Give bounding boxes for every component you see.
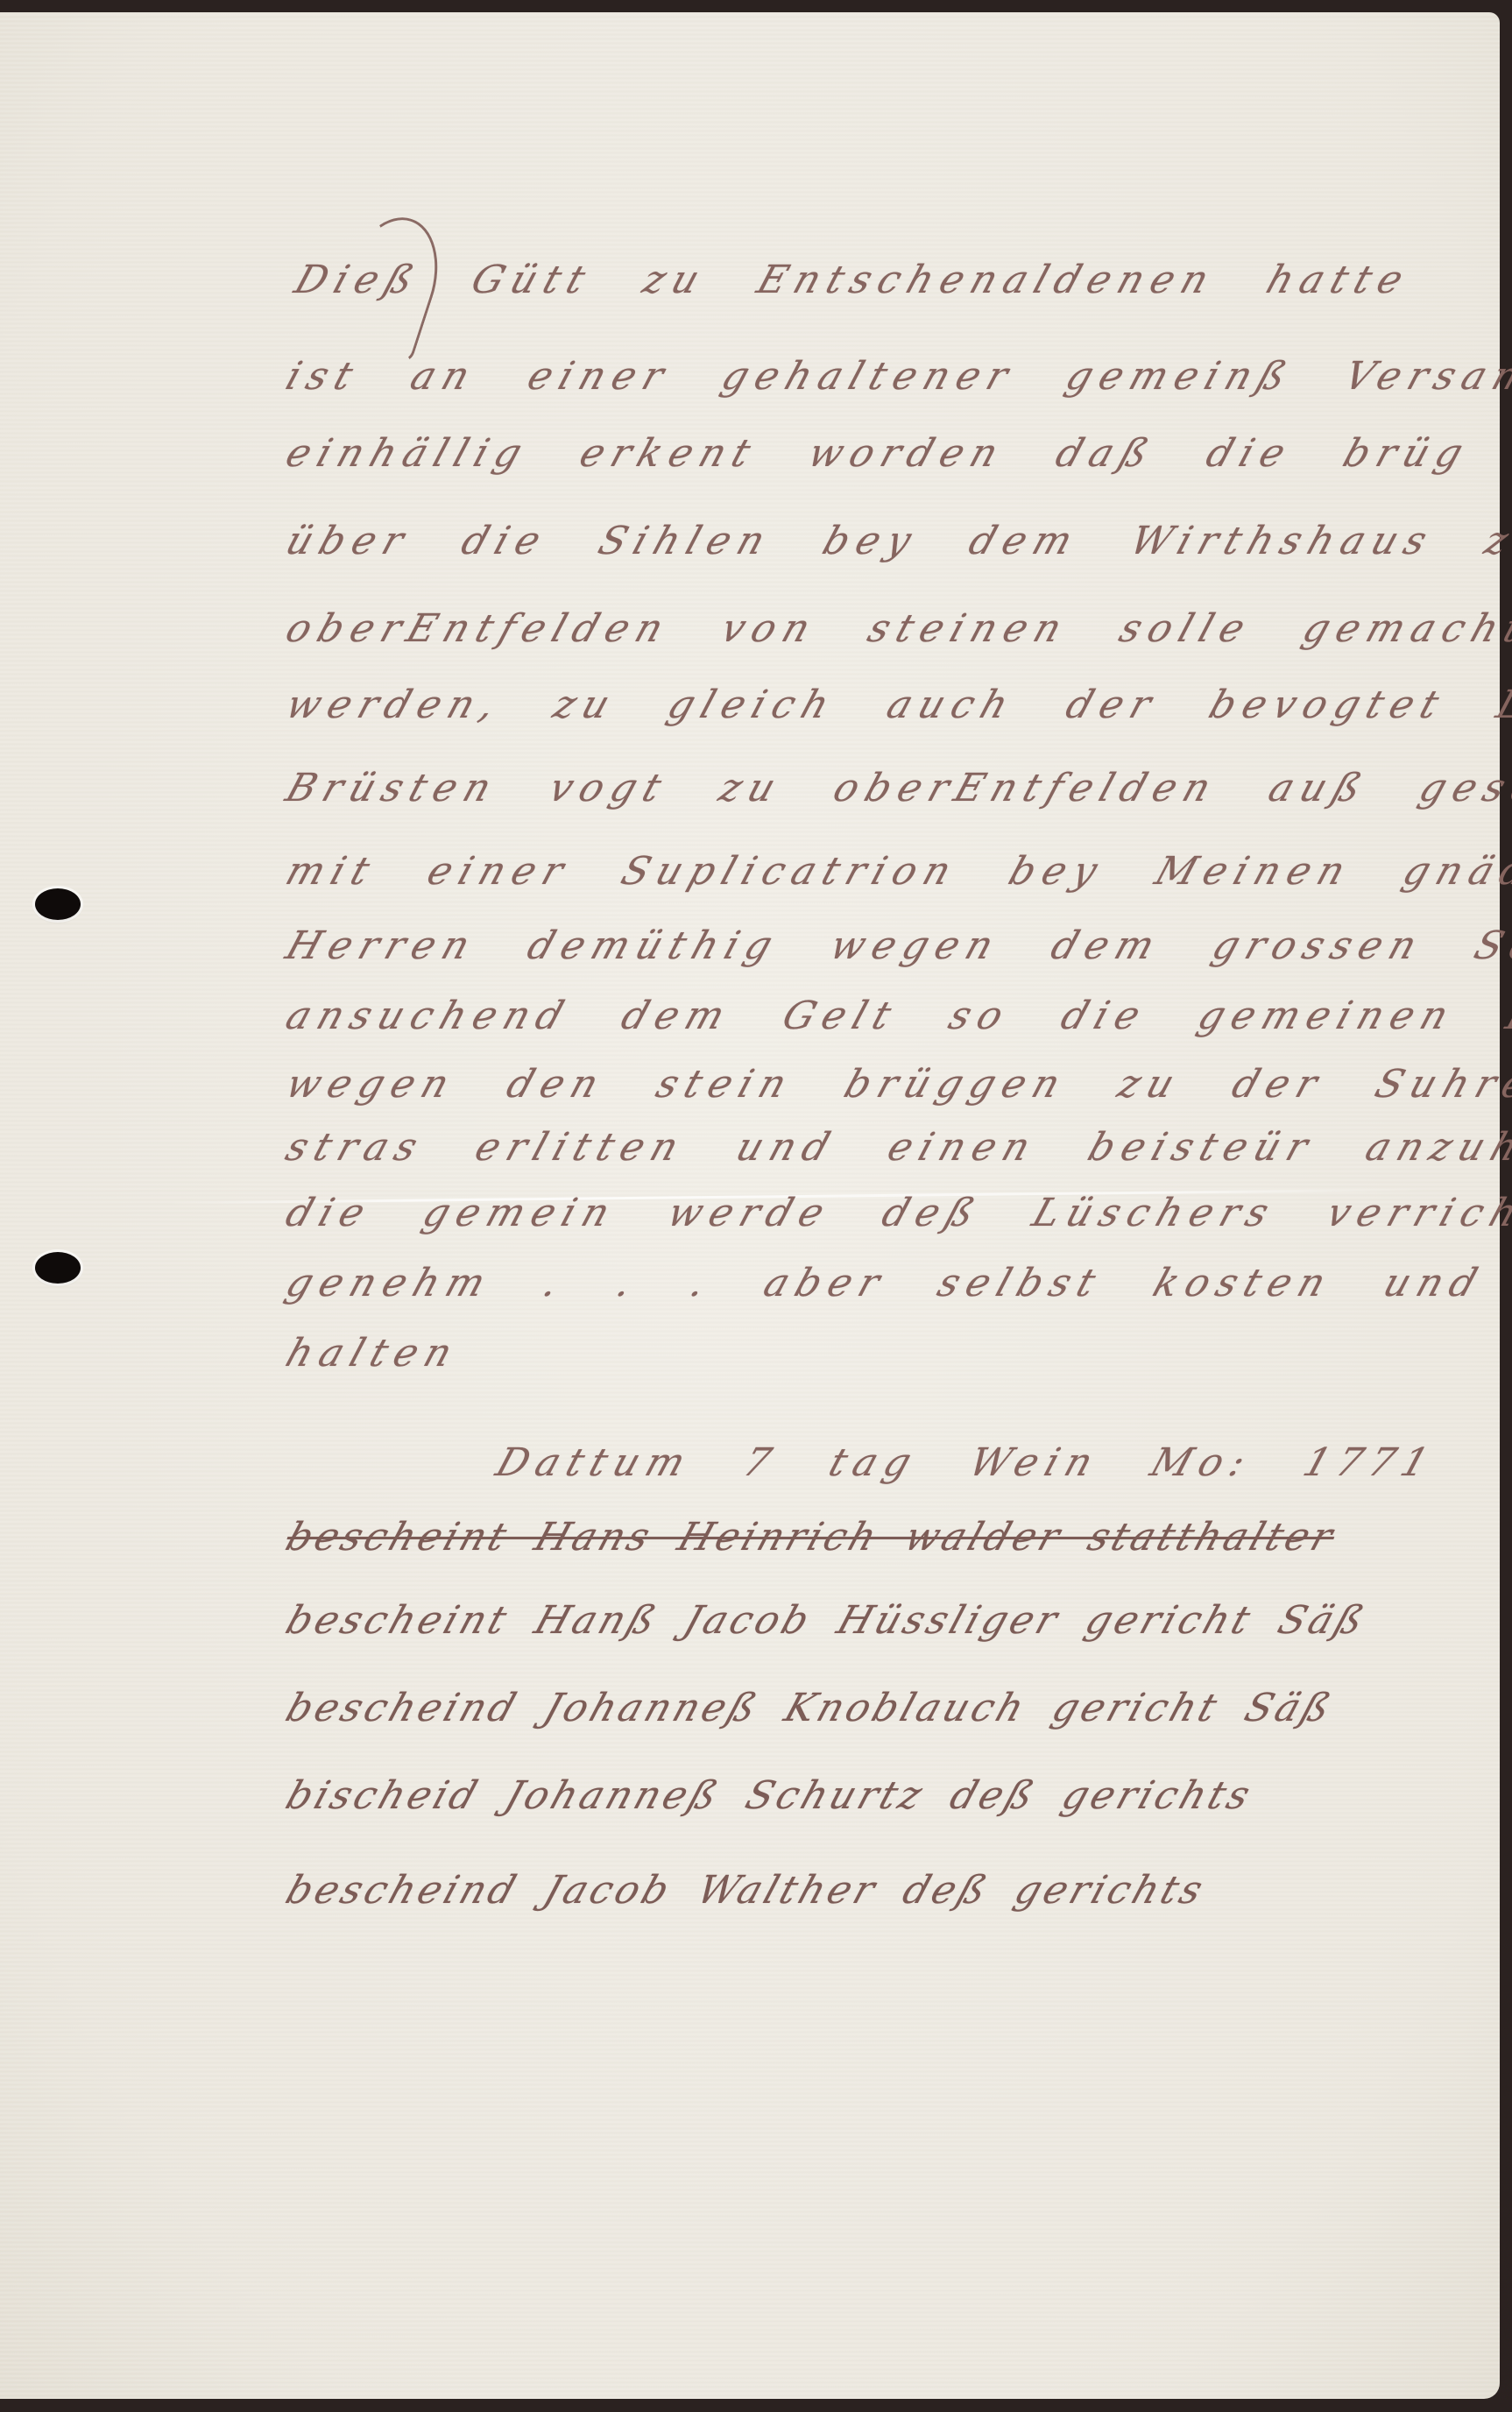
body-line-15: halten (280, 1331, 465, 1376)
body-line-2: ist an einer gehaltener gemeinß Versamlu… (280, 354, 1512, 399)
body-line-11: wegen den stein brüggen zu der Suhren la… (280, 1062, 1512, 1107)
body-line-9: Herren demüthig wegen dem grossen Schade… (280, 923, 1512, 968)
body-line-3: einhällig erkent worden daß die brüg (280, 431, 1476, 476)
punch-hole-top (35, 888, 81, 920)
manuscript-page: Dieß Gütt zu Entschenaldenen hatte ist a… (0, 12, 1500, 2399)
body-line-14: genehm . . . aber selbst kosten und Scha… (280, 1261, 1512, 1305)
body-line-10: ansuchend dem Gelt so die gemeinen Entfe… (280, 994, 1512, 1038)
punch-hole-bottom (35, 1252, 81, 1284)
body-line-5: oberEntfelden von steinen solle gemacht (280, 606, 1512, 651)
signature-4: bischeid Johanneß Schurtz deß gerichts (280, 1773, 1259, 1818)
body-line-13: die gemein werde deß Lüschers verrichtun… (280, 1191, 1512, 1235)
body-line-7: Brüsten vogt zu oberEntfelden auß gescho… (280, 766, 1512, 810)
body-line-6: werden, zu gleich auch der bevogtet Lüsc… (280, 683, 1512, 727)
signature-1-struck: bescheint Hans Heinrich walder statthalt… (280, 1515, 1341, 1560)
signature-5: bescheind Jacob Walther deß gerichts (280, 1868, 1212, 1913)
signature-2: bescheint Hanß Jacob Hüssliger gericht S… (280, 1598, 1373, 1643)
date-line: Dattum 7 tag Wein Mo: 1771 (491, 1440, 1442, 1485)
body-line-4: über die Sihlen bey dem Wirthshaus zu (280, 519, 1512, 563)
body-line-8: mit einer Suplicatrion bey Meinen gnädig… (280, 849, 1512, 894)
body-line-1: Dieß Gütt zu Entschenaldenen hatte (289, 258, 1417, 302)
signature-3: bescheind Johanneß Knoblauch gericht Säß (280, 1686, 1339, 1730)
body-line-12: stras erlitten und einen beisteür anzuha… (280, 1125, 1512, 1170)
